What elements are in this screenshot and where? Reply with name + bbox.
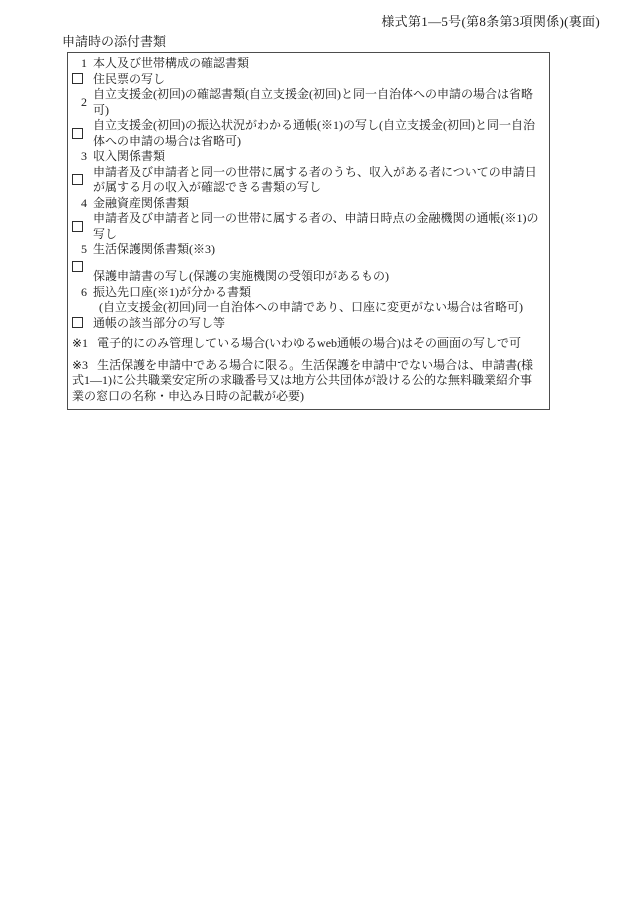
check-item-label: 通帳の該当部分の写し等 xyxy=(93,316,543,332)
section-row-6: 6 振込先口座(※1)が分かる書類 xyxy=(68,285,543,301)
item-number: 5 xyxy=(68,242,93,258)
section-title: 金融資産関係書類 xyxy=(93,196,543,212)
footnotes: ※1電子的にのみ管理している場合(いわゆるweb通帳の場合)はその画面の写しで可… xyxy=(68,336,543,404)
item-number: 3 xyxy=(68,149,93,165)
check-item-label: 保護申請書の写し(保護の実施機関の受領印があるもの) xyxy=(93,269,543,285)
section-row-3: 3 収入関係書類 xyxy=(68,149,543,165)
item-number: 2 xyxy=(68,95,93,111)
check-row: 申請者及び申請者と同一の世帯に属する者の、申請日時点の金融機関の通帳(※1)の写… xyxy=(68,211,543,242)
check-item-label: 申請者及び申請者と同一の世帯に属する者の、申請日時点の金融機関の通帳(※1)の写… xyxy=(93,211,543,242)
footnote-text: 生活保護を申請中である場合に限る。生活保護を申請中でない場合は、申請書(様式1―… xyxy=(72,358,533,403)
section-title: 振込先口座(※1)が分かる書類 xyxy=(93,285,543,301)
document-page: 様式第1―5号(第8条第3項関係)(裏面) 申請時の添付書類 1 本人及び世帯構… xyxy=(0,0,630,903)
checkbox-icon xyxy=(72,221,83,232)
page-title: 申請時の添付書類 xyxy=(62,34,166,50)
item-number: 4 xyxy=(68,196,93,212)
footnote-label: ※3 xyxy=(72,358,88,372)
checkbox-icon xyxy=(72,174,83,185)
footnote-1: ※1電子的にのみ管理している場合(いわゆるweb通帳の場合)はその画面の写しで可 xyxy=(72,336,541,352)
checkbox-icon xyxy=(72,261,83,272)
checkbox-icon xyxy=(72,128,83,139)
section-row-4: 4 金融資産関係書類 xyxy=(68,196,543,212)
section-row-1: 1 本人及び世帯構成の確認書類 xyxy=(68,56,543,72)
footnote-text: 電子的にのみ管理している場合(いわゆるweb通帳の場合)はその画面の写しで可 xyxy=(97,336,521,350)
footnote-3: ※3生活保護を申請中である場合に限る。生活保護を申請中でない場合は、申請書(様式… xyxy=(72,358,541,405)
check-row: 住民票の写し xyxy=(68,72,543,88)
footnote-label: ※1 xyxy=(72,336,88,350)
section-title: 本人及び世帯構成の確認書類 xyxy=(93,56,543,72)
section-row-5: 5 生活保護関係書類(※3) xyxy=(68,242,543,258)
section-title: 生活保護関係書類(※3) xyxy=(93,242,543,258)
continuation-text: (自立支援金(初回)同一自治体への申請であり、口座に変更がない場合は省略可) xyxy=(93,300,543,316)
check-row: 通帳の該当部分の写し等 xyxy=(68,316,543,332)
check-item-label: 自立支援金(初回)の振込状況がわかる通帳(※1)の写し(自立支援金(初回)と同一… xyxy=(93,118,543,149)
continuation-row: (自立支援金(初回)同一自治体への申請であり、口座に変更がない場合は省略可) xyxy=(68,300,543,316)
checkbox-icon xyxy=(72,73,83,84)
check-item-label: 申請者及び申請者と同一の世帯に属する者のうち、収入がある者についての申請日が属す… xyxy=(93,165,543,196)
check-row: 自立支援金(初回)の振込状況がわかる通帳(※1)の写し(自立支援金(初回)と同一… xyxy=(68,118,543,149)
checkbox-icon xyxy=(72,317,83,328)
check-row: 保護申請書の写し(保護の実施機関の受領印があるもの) xyxy=(68,258,543,285)
form-code: 様式第1―5号(第8条第3項関係)(裏面) xyxy=(381,14,600,30)
attachment-checklist-box: 1 本人及び世帯構成の確認書類 住民票の写し 2 自立支援金(初回)の確認書類(… xyxy=(67,52,550,410)
section-title: 収入関係書類 xyxy=(93,149,543,165)
item-number: 6 xyxy=(68,285,93,301)
check-item-label: 住民票の写し xyxy=(93,72,543,88)
check-row: 申請者及び申請者と同一の世帯に属する者のうち、収入がある者についての申請日が属す… xyxy=(68,165,543,196)
section-row-2: 2 自立支援金(初回)の確認書類(自立支援金(初回)と同一自治体への申請の場合は… xyxy=(68,87,543,118)
section-title: 自立支援金(初回)の確認書類(自立支援金(初回)と同一自治体への申請の場合は省略… xyxy=(93,87,543,118)
item-number: 1 xyxy=(68,56,93,72)
